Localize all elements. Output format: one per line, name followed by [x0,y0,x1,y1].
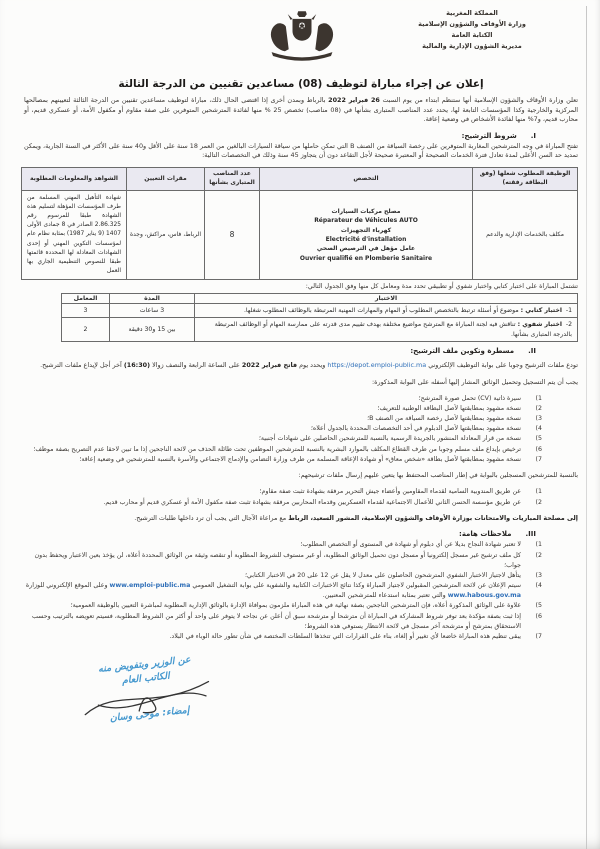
item-text: نسخة مشهود بمطابقتها لأصل رخصة السياقة م… [367,414,521,424]
oral-exam-index: 2- [562,320,572,329]
item-number: 1) [529,487,542,497]
ministry-letterhead: المملكة المغربية وزارة الأوقاف والشؤون ا… [387,8,557,52]
announcement-title: إعلان عن إجراء مباراة لتوظيف (08) مساعدي… [24,78,578,90]
scanned-announcement-page: المملكة المغربية وزارة الأوقاف والشؤون ا… [0,0,600,849]
exam-table-header-row: الاختبار المدة المعامل [62,294,578,304]
item-text: نسخة مشهود بمطابقتها لأصل البطاقة الوطني… [378,404,521,414]
item-number: 6) [529,445,542,455]
item-text: نسخة مشهود بمطابقتها لأصل الدبلوم في أحد… [311,424,521,434]
item-number: 3) [529,414,542,424]
col-job: الوظيفة المطلوب شغلها (وفق البطاقة رفقته… [473,168,578,190]
exam-date: 26 فبراير 2022 [328,96,380,104]
item-text: لا تعتبر شهادة النجاح بديلا عن أي دبلوم … [300,540,521,550]
section-3-heading: III. ملاحظات هامة: [24,530,578,538]
list-item: 5)نسخة من قرار المعادلة المنشور بالجريدة… [24,434,542,444]
item-text: يبقى تنظيم هذه المباراة خاضعا لأي تغيير … [169,632,521,642]
deadline-date: فاتح فبراير 2022 [242,361,297,369]
deposit-paragraph: تودع ملفات الترشيح وجوبا على بوابة التوظ… [24,361,578,371]
list-item: 1)لا تعتبر شهادة النجاح بديلا عن أي دبلو… [24,540,542,550]
signature-area: عن الوزير وبتفويض منه الكاتب العام إمضاء… [68,658,238,721]
specialty-fr-3: Ouvrier qualifié en Plomberie Sanitaire [262,254,470,263]
item-number: 6) [529,612,542,632]
ministry-name: وزارة الأوقاف والشؤون الإسلامية [387,19,557,30]
reserved-posts-note: بالنسبة للمترشحين المسجلين بالبوابة في إ… [24,471,578,481]
item-number: 7) [529,632,542,642]
list-item: 1)سيرة ذاتية (CV) تحمل صورة المترشح؛ [24,394,542,404]
section-3-label: III. [526,530,537,538]
oral-exam-lead: اختبار شفوي : [518,321,562,328]
item-text: عن طريق المندوبية السامية لقدماء المقاوم… [260,487,522,497]
cell-locations: الرباط، فاس، مراكش، وجدة [127,190,205,279]
document-content: المملكة المغربية وزارة الأوقاف والشؤون ا… [24,6,578,722]
list-item: 7)نسخة مشهود بمطابقتها لأصل بطاقة «شخص م… [24,455,542,465]
item-number: 7) [529,455,542,465]
note4-text-c: والتي تعتبر بمثابة استدعاء للمترشحين الم… [323,592,448,599]
upload-note: يجب أن يتم التسجيل وتحميل الوثائق المشار… [24,378,578,388]
note4-text-b: وعلى الموقع الإلكتروني للوزارة [26,582,110,589]
exam-row-written: 1-اختبار كتابي : موضوع أو أسئلة ترتبط با… [62,304,578,318]
specialty-fr-1: Réparateur de Véhicules AUTO [262,216,470,225]
item-text: عن طريق مؤسسة الحسن الثاني للأعمال الاجت… [103,498,521,508]
col-duration: المدة [110,294,195,304]
cell-specialty: مصلح مركبات السيارات Réparateur de Véhic… [260,190,473,279]
col-required-documents: الشواهد والمعلومات المطلوبة [22,168,127,190]
exam-table-intro: تشتمل المباراة على اختبار كتابي واختبار … [24,283,578,290]
deposit-text-b: ويحدد يوم [297,361,327,369]
written-exam-duration: 3 ساعات [110,304,195,318]
section-1-label: I. [531,132,536,140]
written-exam-index: 1- [562,306,572,315]
list-item: 2)عن طريق مؤسسة الحسن الثاني للأعمال الا… [24,498,542,508]
col-specialty: التخصص [260,168,473,190]
posts-table: الوظيفة المطلوب شغلها (وفق البطاقة رفقته… [21,167,578,280]
list-item: 7)يبقى تنظيم هذه المباراة خاضعا لأي تغيي… [24,632,542,642]
exam-table: الاختبار المدة المعامل 1-اختبار كتابي : … [61,293,578,342]
written-exam-lead: اختبار كتابي : [521,307,562,314]
col-coefficient: المعامل [62,294,110,304]
section-1-title: شروط الترشيح: [462,132,517,140]
item-text: يتأهل لاجتياز الاختبار الشفوي المترشحون … [245,571,521,581]
document-header: المملكة المغربية وزارة الأوقاف والشؤون ا… [24,6,578,66]
secretariat-name: الكتابة العامة [387,30,557,41]
item-number: 2) [529,404,542,414]
item-number: 5) [529,434,542,444]
item-text: علاوة على الوثائق المذكورة أعلاه، فإن ال… [71,601,521,611]
item-text: ترخيص بإيداع ملف مسلم وجوبا من طرف القطا… [33,445,521,455]
candidacy-documents-list: 1)سيرة ذاتية (CV) تحمل صورة المترشح؛ 2)ن… [24,394,578,465]
oral-exam-duration: بين 15 و30 دقيقة [110,318,195,342]
cell-posts-count: 8 [205,190,260,279]
item-number: 2) [529,498,542,508]
reserved-posts-list: 1)عن طريق المندوبية السامية لقدماء المقا… [24,487,578,507]
mailing-address-rest: مع مراعاة الآجال التي يجب أن ترد داخلها … [134,514,288,522]
specialty-ar-3: عامل مؤهل في الترصيص الصحي [262,244,470,253]
written-exam-coefficient: 3 [62,304,110,318]
habous-website-link[interactable]: www.habous.gov.ma [448,592,521,599]
section-3-title: ملاحظات هامة: [459,530,511,538]
list-item: 6)ترخيص بإيداع ملف مسلم وجوبا من طرف الق… [24,445,542,455]
col-exam: الاختبار [195,294,578,304]
item-number: 4) [529,581,542,601]
section-2-title: مسطرة وتكوين ملف الترشيح: [410,347,514,355]
list-item: 1)عن طريق المندوبية السامية لقدماء المقا… [24,487,542,497]
kingdom-name: المملكة المغربية [387,8,557,19]
specialty-fr-2: Electricité d'installation [262,235,470,244]
item-number: 2) [529,551,542,571]
cell-job: مكلف بالخدمات الإدارية والدعم [473,190,578,279]
important-notes-list: 1)لا تعتبر شهادة النجاح بديلا عن أي دبلو… [24,540,578,642]
posts-table-row: مكلف بالخدمات الإدارية والدعم مصلح مركبا… [22,190,578,279]
item-number: 1) [529,394,542,404]
section-2-heading: II. مسطرة وتكوين ملف الترشيح: [24,347,578,355]
posts-table-header-row: الوظيفة المطلوب شغلها (وفق البطاقة رفقته… [22,168,578,190]
emploi-public-link[interactable]: www.emploi-public.ma [110,582,191,589]
col-locations: مقرات التعيين [127,168,205,190]
deposit-text-a: تودع ملفات الترشيح وجوبا على بوابة التوظ… [426,361,578,369]
list-item: 2)كل ملف ترشيح غير مسجل إلكترونيا أو مسج… [24,551,542,571]
item-text: إذا ثبت بصفة مؤكدة بعد توفر شروط المشارك… [24,612,521,632]
written-exam-cell: 1-اختبار كتابي : موضوع أو أسئلة ترتبط با… [195,304,578,318]
item-text: سيرة ذاتية (CV) تحمل صورة المترشح؛ [419,394,521,404]
item-text: نسخة من قرار المعادلة المنشور بالجريدة ا… [259,434,521,444]
item-number: 5) [529,601,542,611]
list-item: 3)نسخة مشهود بمطابقتها لأصل رخصة السياقة… [24,414,542,424]
deposit-text-c: على الساعة الرابعة والنصف زوالا [150,361,242,369]
intro-text-a: تعلن وزارة الأوقاف والشؤون الإسلامية أنه… [380,96,578,104]
item-text: نسخة مشهود بمطابقتها لأصل بطاقة «شخص معا… [79,455,521,465]
item-number: 4) [529,424,542,434]
list-item: 5)علاوة على الوثائق المذكورة أعلاه، فإن … [24,601,542,611]
oral-exam-coefficient: 2 [62,318,110,342]
col-posts-count: عدد المناصب المتبارى بشأنها [205,168,260,190]
specialty-ar-1: مصلح مركبات السيارات [262,207,470,216]
item-number: 1) [529,540,542,550]
section-1-heading: I. شروط الترشيح: [24,132,578,140]
deadline-time: (16:30) [124,361,150,369]
item-text: كل ملف ترشيح غير مسجل إلكترونيا أو مسجل … [24,551,521,571]
scan-page-edge [586,6,588,849]
intro-paragraph: تعلن وزارة الأوقاف والشؤون الإسلامية أنه… [24,96,578,125]
oral-exam-cell: 2-اختبار شفوي : تناقش فيه لجنة المباراة … [195,318,578,342]
moroccan-coat-of-arms-icon [264,10,340,62]
mailing-address-main: إلى مصلحة المباريات والامتحانات بوزارة ا… [288,514,578,522]
section-1-body: تفتح المباراة في وجه المترشحين المغاربة … [24,142,578,161]
signature-block: عن الوزير وبتفويض منه الكاتب العام إمضاء… [59,650,235,731]
list-item: 4)نسخة مشهود بمطابقتها لأصل الدبلوم في أ… [24,424,542,434]
written-exam-text: موضوع أو أسئلة ترتبط بالتخصص المطلوب أو … [244,307,519,314]
mailing-address: إلى مصلحة المباريات والامتحانات بوزارة ا… [24,514,578,524]
cell-required-documents: شهادة التأهيل المهني المسلمة من طرف المؤ… [22,190,127,279]
deposit-portal-link[interactable]: https://depot.emploi-public.ma [327,361,426,369]
item-text: سيتم الإعلان عن لائحة المترشحين المقبولي… [24,581,521,601]
exam-row-oral: 2-اختبار شفوي : تناقش فيه لجنة المباراة … [62,318,578,342]
section-2-label: II. [528,347,536,355]
list-item: 6)إذا ثبت بصفة مؤكدة بعد توفر شروط المشا… [24,612,542,632]
directorate-name: مديرية الشؤون الإدارية والمالية [387,41,557,52]
specialty-ar-2: كهرباء التجهيزات [262,226,470,235]
note4-text-a: سيتم الإعلان عن لائحة المترشحين المقبولي… [190,582,521,589]
item-number: 3) [529,571,542,581]
deposit-text-d: آخر أجل لإيداع ملفات الترشيح. [40,361,124,369]
list-item: 2)نسخة مشهود بمطابقتها لأصل البطاقة الوط… [24,404,542,414]
list-item: 3)يتأهل لاجتياز الاختبار الشفوي المترشحو… [24,571,542,581]
list-item: 4)سيتم الإعلان عن لائحة المترشحين المقبو… [24,581,542,601]
